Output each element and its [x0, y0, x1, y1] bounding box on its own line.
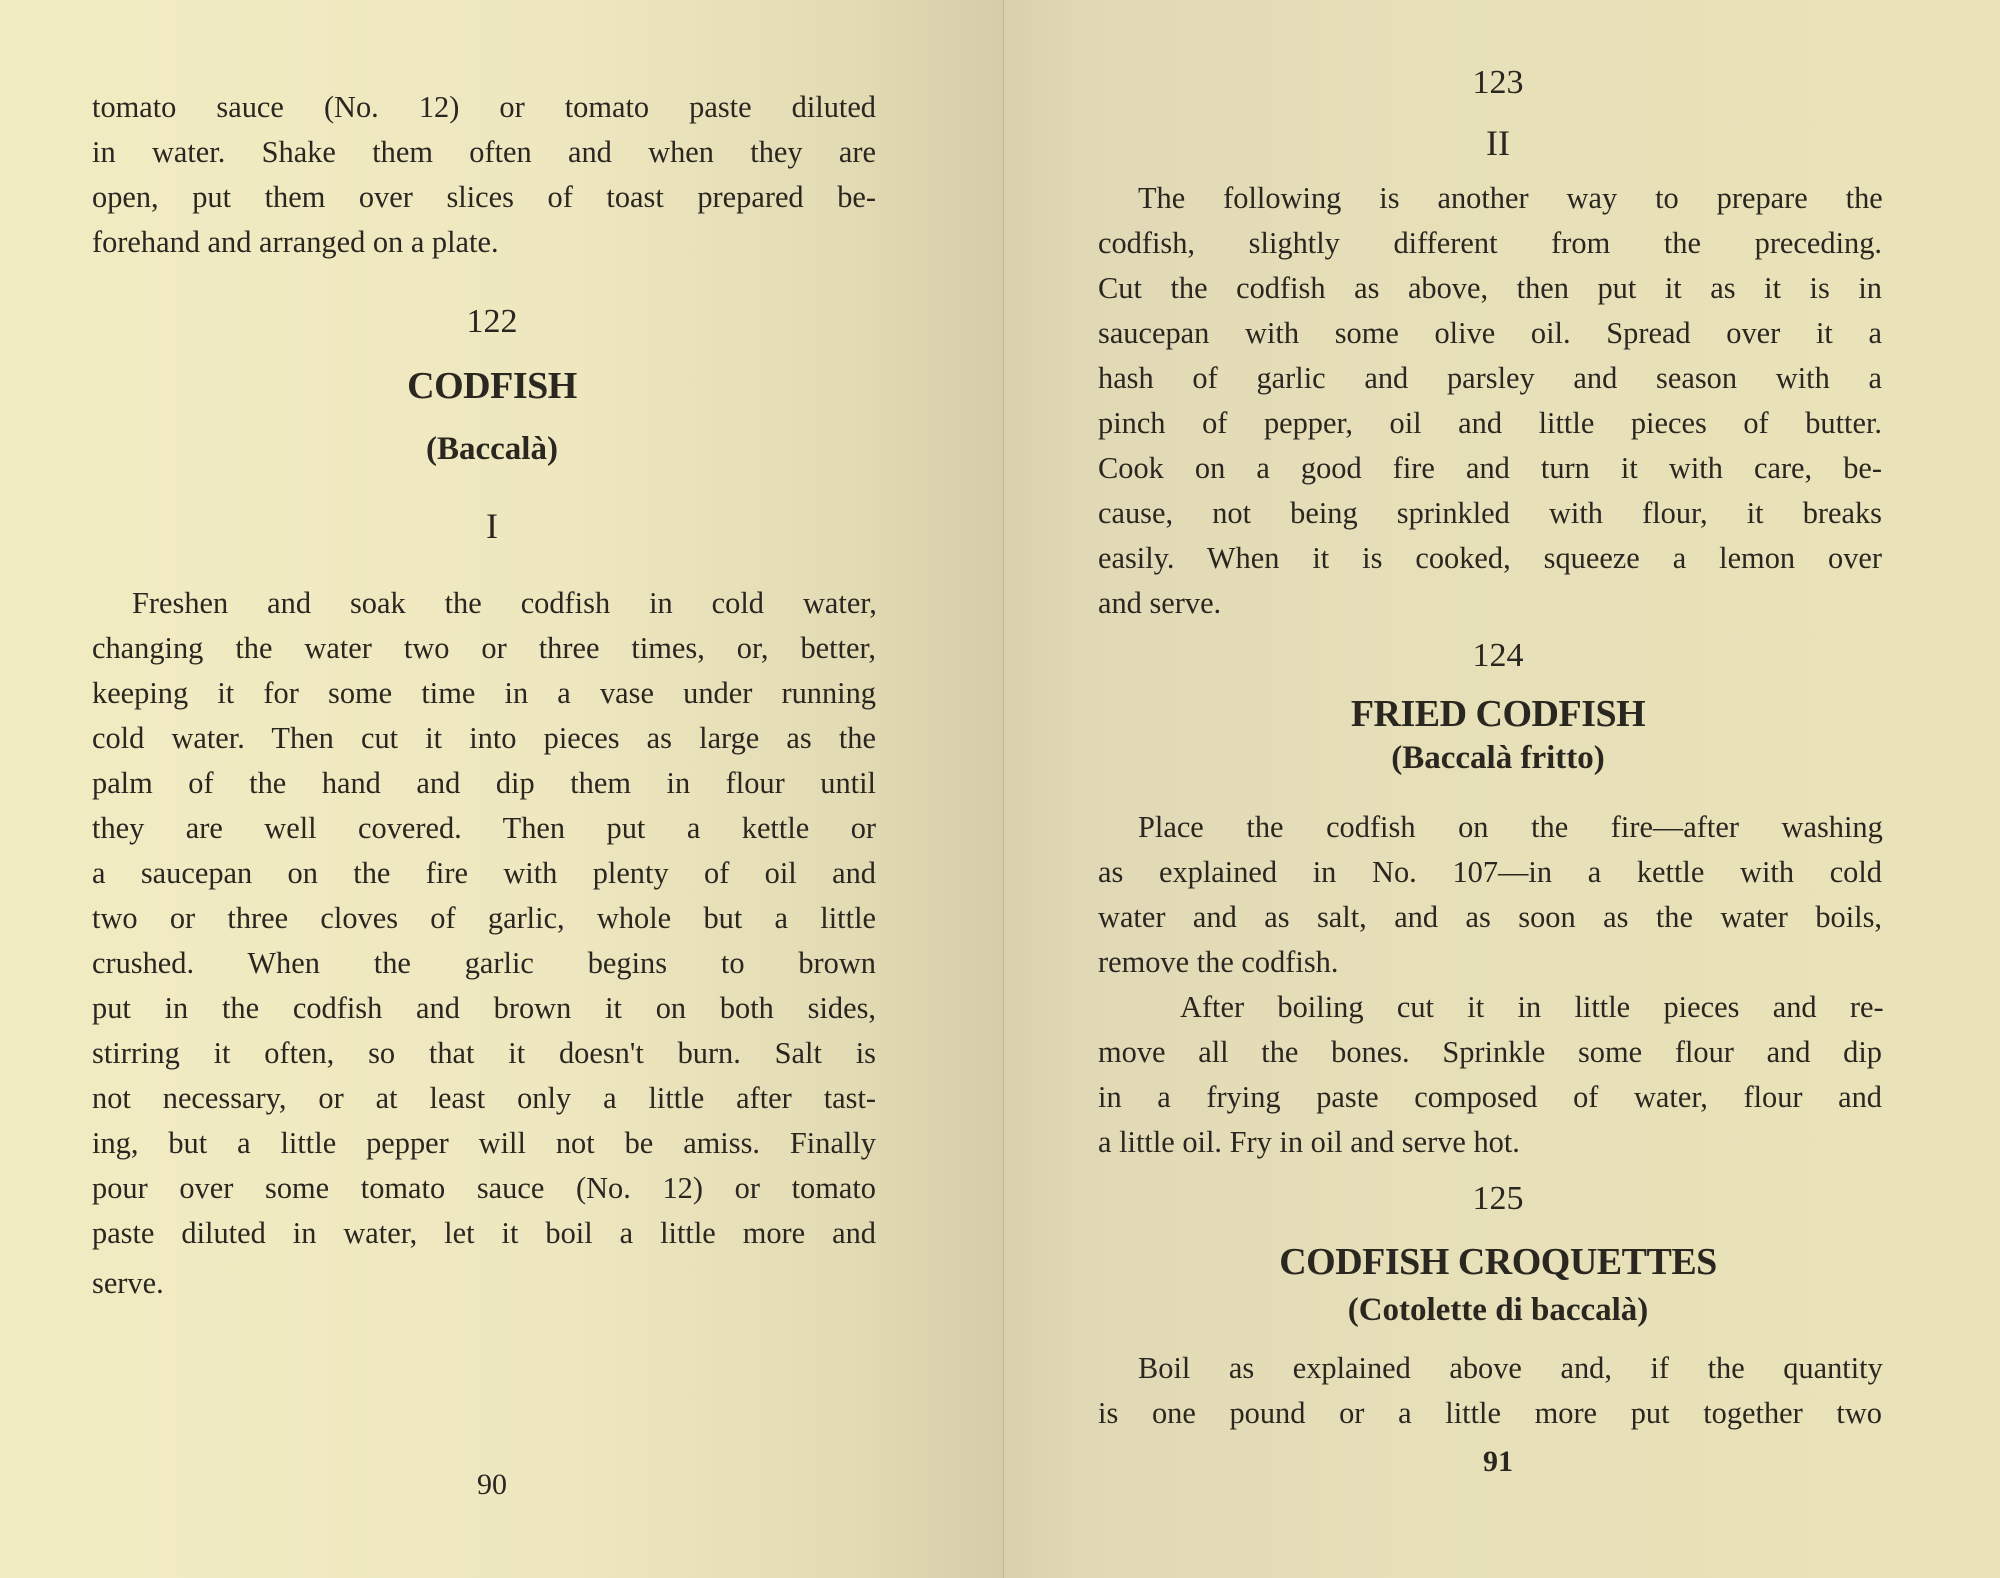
text-line: Cook on a good fire and turn it with car… [1098, 445, 1882, 490]
text-line: Freshen and soak the codfish in cold wat… [132, 580, 877, 625]
recipe-subtitle: (Cotolette di baccalà) [1098, 1292, 1898, 1329]
text-line: saucepan with some olive oil. Spread ove… [1098, 310, 1882, 355]
text-line: a saucepan on the fire with plenty of oi… [92, 850, 876, 895]
recipe-subtitle: (Baccalà fritto) [1098, 740, 1898, 777]
section-numeral: II [1098, 122, 1898, 164]
text-line: Cut the codfish as above, then put it as… [1098, 265, 1882, 310]
right-text-column: 123 II The following is another way to p… [1098, 0, 1898, 1578]
text-line: After boiling cut it in little pieces an… [1180, 984, 1884, 1029]
text-line: codfish, slightly different from the pre… [1098, 220, 1882, 265]
left-text-column: tomato sauce (No. 12) or tomato paste di… [92, 0, 892, 1578]
recipe-title: CODFISH CROQUETTES [1098, 1240, 1898, 1284]
text-line: cold water. Then cut it into pieces as l… [92, 715, 876, 760]
text-line: ing, but a little pepper will not be ami… [92, 1120, 876, 1165]
text-line: palm of the hand and dip them in flour u… [92, 760, 876, 805]
text-line: serve. [92, 1260, 876, 1305]
text-line: they are well covered. Then put a kettle… [92, 805, 876, 850]
text-line: cause, not being sprinkled with flour, i… [1098, 490, 1882, 535]
text-line: tomato sauce (No. 12) or tomato paste di… [92, 84, 876, 129]
section-numeral: I [92, 505, 892, 547]
text-line: keeping it for some time in a vase under… [92, 670, 876, 715]
text-line: stirring it often, so that it doesn't bu… [92, 1030, 876, 1075]
text-line: Place the codfish on the fire—after wash… [1138, 804, 1883, 849]
recipe-number: 125 [1098, 1180, 1898, 1218]
recipe-subtitle: (Baccalà) [92, 431, 892, 468]
recipe-number: 123 [1098, 64, 1898, 102]
page-number: 91 [1098, 1445, 1898, 1479]
text-line: is one pound or a little more put togeth… [1098, 1390, 1882, 1435]
text-line: a little oil. Fry in oil and serve hot. [1098, 1119, 1882, 1164]
text-line: two or three cloves of garlic, whole but… [92, 895, 876, 940]
text-line: open, put them over slices of toast prep… [92, 174, 876, 219]
text-line: Boil as explained above and, if the quan… [1138, 1345, 1883, 1390]
text-line: forehand and arranged on a plate. [92, 219, 876, 264]
text-line: in a frying paste composed of water, flo… [1098, 1074, 1882, 1119]
recipe-number: 122 [92, 303, 892, 341]
text-line: pour over some tomato sauce (No. 12) or … [92, 1165, 876, 1210]
page-number: 90 [92, 1468, 892, 1502]
text-line: easily. When it is cooked, squeeze a lem… [1098, 535, 1882, 580]
text-line: water and as salt, and as soon as the wa… [1098, 894, 1882, 939]
left-page: tomato sauce (No. 12) or tomato paste di… [0, 0, 1004, 1578]
recipe-title: FRIED CODFISH [1098, 692, 1898, 736]
text-line: crushed. When the garlic begins to brown [92, 940, 876, 985]
text-line: not necessary, or at least only a little… [92, 1075, 876, 1120]
recipe-number: 124 [1098, 637, 1898, 675]
text-line: and serve. [1098, 580, 1882, 625]
text-line: as explained in No. 107—in a kettle with… [1098, 849, 1882, 894]
text-line: paste diluted in water, let it boil a li… [92, 1210, 876, 1255]
text-line: remove the codfish. [1098, 939, 1882, 984]
text-line: move all the bones. Sprinkle some flour … [1098, 1029, 1882, 1074]
text-line: pinch of pepper, oil and little pieces o… [1098, 400, 1882, 445]
text-line: changing the water two or three times, o… [92, 625, 876, 670]
recipe-title: CODFISH [92, 364, 892, 408]
text-line: in water. Shake them often and when they… [92, 129, 876, 174]
text-line: The following is another way to prepare … [1138, 175, 1883, 220]
text-line: put in the codfish and brown it on both … [92, 985, 876, 1030]
text-line: hash of garlic and parsley and season wi… [1098, 355, 1882, 400]
